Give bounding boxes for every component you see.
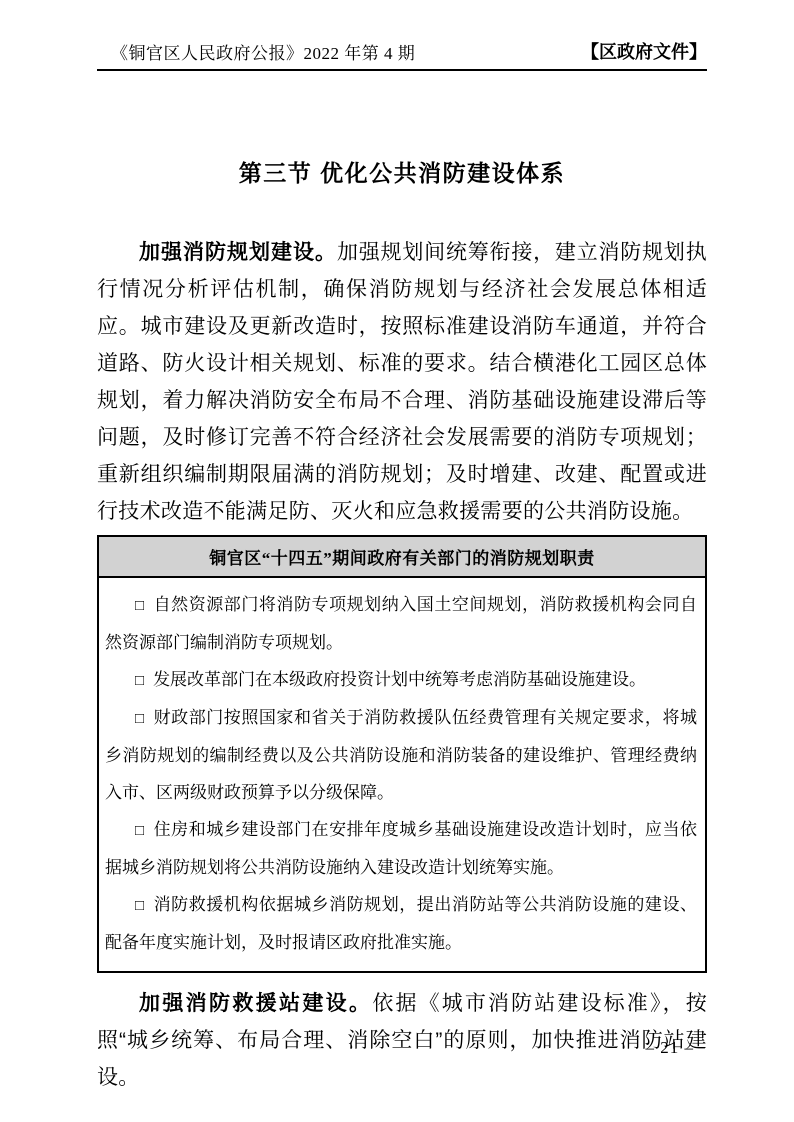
paragraph-fire-planning: 加强消防规划建设。加强规划间统筹衔接，建立消防规划执行情况分析评估机制，确保消防… <box>97 234 707 530</box>
checkbox-icon: □ <box>135 710 145 727</box>
checkbox-icon: □ <box>135 597 145 614</box>
page-content: 《铜官区人民政府公报》2022 年第 4 期 【区政府文件】 第三节 优化公共消… <box>97 0 707 1096</box>
page-number: – 21 – <box>646 1038 695 1058</box>
duty-item-text: 财政部门按照国家和省关于消防救援队伍经费管理有关规定要求，将城乡消防规划的编制经… <box>105 708 697 802</box>
duty-item-finance: □财政部门按照国家和省关于消防救援队伍经费管理有关规定要求，将城乡消防规划的编制… <box>105 699 697 811</box>
document-category-badge: 【区政府文件】 <box>581 38 707 64</box>
duty-item-fire-rescue: □消防救援机构依据城乡消防规划，提出消防站等公共消防设施的建设、配备年度实施计划… <box>105 886 697 961</box>
duty-item-text: 自然资源部门将消防专项规划纳入国土空间规划，消防救援机构会同自然资源部门编制消防… <box>105 595 697 652</box>
header-divider <box>97 69 707 71</box>
paragraph-lead: 加强消防救援站建设。 <box>139 992 372 1015</box>
gazette-title: 《铜官区人民政府公报》2022 年第 4 期 <box>97 39 415 64</box>
paragraph-text: 加强规划间统筹衔接，建立消防规划执行情况分析评估机制，确保消防规划与经济社会发展… <box>97 241 707 523</box>
duty-box-body: □自然资源部门将消防专项规划纳入国土空间规划，消防救援机构会同自然资源部门编制消… <box>99 578 705 971</box>
duty-item-text: 住房和城乡建设部门在安排年度城乡基础设施建设改造计划时，应当依据城乡消防规划将公… <box>105 820 697 877</box>
paragraph-lead: 加强消防规划建设。 <box>139 241 337 264</box>
duty-item-text: 发展改革部门在本级政府投资计划中统筹考虑消防基础设施建设。 <box>153 670 646 689</box>
duty-box: 铜官区“十四五”期间政府有关部门的消防规划职责 □自然资源部门将消防专项规划纳入… <box>97 535 707 973</box>
section-title: 第三节 优化公共消防建设体系 <box>97 155 707 188</box>
checkbox-icon: □ <box>135 897 145 914</box>
duty-item-housing-construction: □住房和城乡建设部门在安排年度城乡基础设施建设改造计划时，应当依据城乡消防规划将… <box>105 811 697 886</box>
checkbox-icon: □ <box>135 672 144 689</box>
page-header: 《铜官区人民政府公报》2022 年第 4 期 【区政府文件】 <box>97 0 707 64</box>
checkbox-icon: □ <box>135 822 145 839</box>
duty-box-title: 铜官区“十四五”期间政府有关部门的消防规划职责 <box>99 537 705 578</box>
duty-item-development-reform: □发展改革部门在本级政府投资计划中统筹考虑消防基础设施建设。 <box>105 661 697 699</box>
duty-item-text: 消防救援机构依据城乡消防规划，提出消防站等公共消防设施的建设、配备年度实施计划，… <box>105 895 697 952</box>
duty-item-natural-resources: □自然资源部门将消防专项规划纳入国土空间规划，消防救援机构会同自然资源部门编制消… <box>105 586 697 661</box>
paragraph-rescue-station: 加强消防救援站建设。依据《城市消防站建设标准》，按照“城乡统筹、布局合理、消除空… <box>97 985 707 1096</box>
document-page: 《铜官区人民政府公报》2022 年第 4 期 【区政府文件】 第三节 优化公共消… <box>0 0 794 1122</box>
